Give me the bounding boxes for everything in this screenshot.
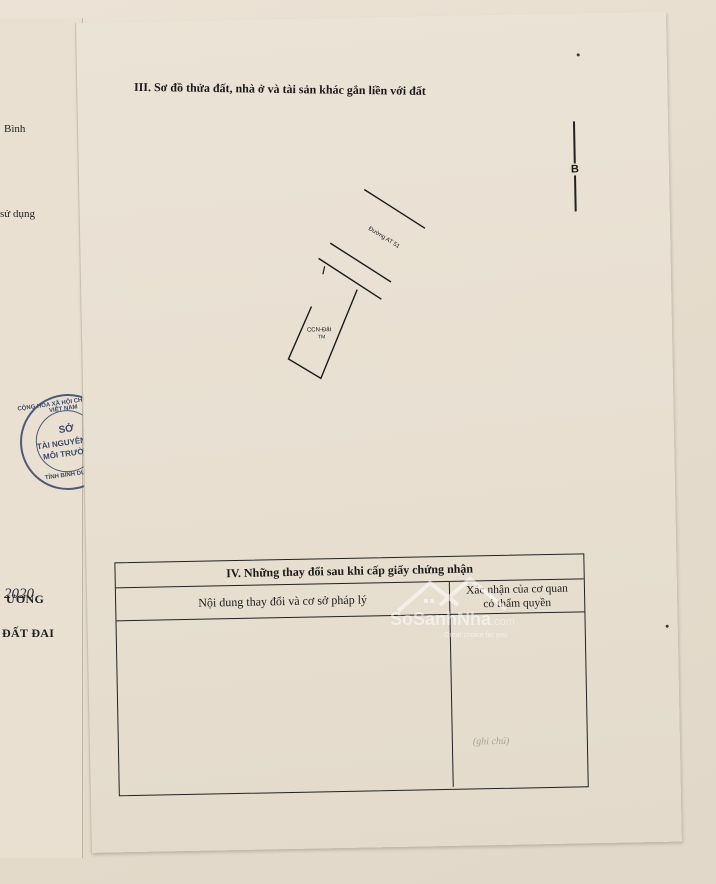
parcel-label: CCN-Đất	[307, 327, 332, 333]
setback-tick	[323, 266, 325, 274]
confirmation-header-line-1: Xác nhận của cơ quan	[450, 581, 584, 598]
changes-confirmation-cell: (ghi chú)	[450, 612, 587, 787]
road-edge-line	[319, 257, 382, 300]
left-text-fragment-2: sử dụng	[0, 208, 35, 220]
faint-pencil-note: (ghi chú)	[473, 736, 510, 748]
column-header-confirmation: Xác nhận của cơ quan có thẩm quyền	[450, 579, 585, 614]
column-header-content: Nội dung thay đổi và cơ sở pháp lý	[116, 582, 451, 620]
left-text-fragment-1: Bình	[4, 123, 25, 135]
changes-table-row: (ghi chú)	[116, 612, 587, 793]
confirmation-header-line-2: có thẩm quyền	[450, 595, 584, 612]
road-edge-line	[330, 242, 391, 283]
certificate-page: III. Sơ đồ thửa đất, nhà ở và tài sản kh…	[75, 12, 682, 853]
land-plot-diagram: Đường AT 51 CCN-Đất TM	[249, 176, 454, 420]
road-edge-line	[364, 188, 425, 229]
changes-table: IV. Những thay đổi sau khi cấp giấy chứn…	[114, 553, 588, 796]
north-arrow: B	[567, 121, 583, 211]
road-label: Đường AT 51	[367, 226, 401, 250]
left-text-fragment-4: ĐẤT ĐAI	[2, 626, 54, 641]
left-text-fragment-3: ƯƠNG	[6, 592, 44, 607]
section-3-title: III. Sơ đồ thửa đất, nhà ở và tài sản kh…	[134, 80, 426, 99]
dust-speck	[577, 53, 580, 56]
dust-speck	[666, 625, 669, 628]
parcel-sublabel: TM	[318, 334, 325, 340]
changes-content-cell	[116, 615, 453, 793]
north-arrow-label: B	[568, 163, 582, 175]
